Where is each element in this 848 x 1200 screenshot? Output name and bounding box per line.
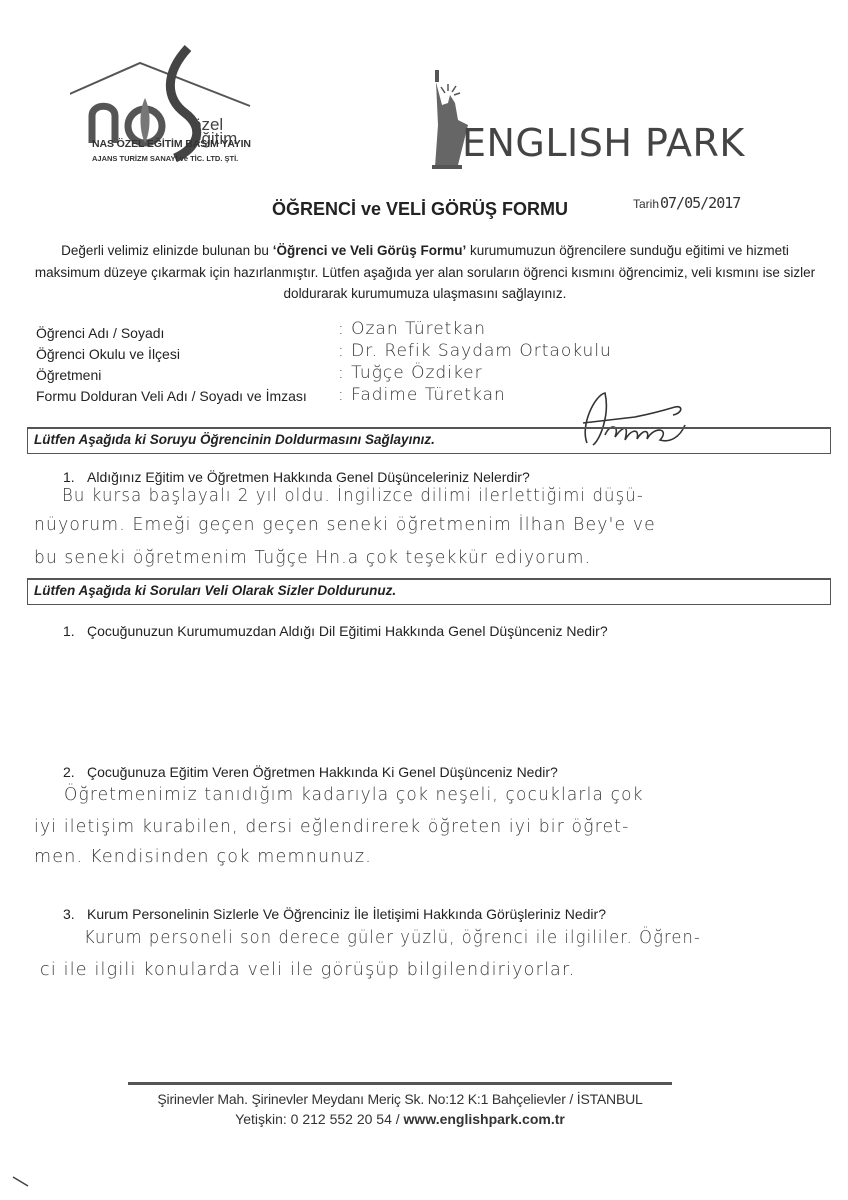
footer-address: Şirinevler Mah. Şirinevler Meydanı Meriç…: [128, 1091, 672, 1107]
footer-phone: Yetişkin: 0 212 552 20 54 /: [235, 1111, 403, 1127]
intro-text-1: Değerli velimiz elinizde bulunan bu: [61, 243, 273, 258]
student-section-heading: Lütfen Aşağıda ki Soruyu Öğrencinin Dold…: [27, 427, 831, 454]
brand-name: ENGLISH PARK: [462, 121, 745, 165]
footer-contact: Yetişkin: 0 212 552 20 54 / www.englishp…: [128, 1111, 672, 1127]
parent-section-heading: Lütfen Aşağıda ki Soruları Veli Olarak S…: [27, 578, 831, 605]
student-answer-line-1[interactable]: Bu kursa başlayalı 2 yıl oldu. İngilizce…: [62, 486, 644, 506]
parent-answer-2-line-3[interactable]: men. Kendisinden çok memnunuz.: [34, 847, 372, 867]
parent-answer-3-line-1[interactable]: Kurum personeli son derece güler yüzlü, …: [84, 928, 701, 948]
info-labels: Öğrenci Adı / Soyadı Öğrenci Okulu ve İl…: [36, 323, 307, 407]
student-section-heading-text: Lütfen Aşağıda ki Soruyu Öğrencinin Dold…: [34, 432, 435, 447]
page-title: ÖĞRENCİ ve VELİ GÖRÜŞ FORMU: [272, 199, 568, 220]
question-text: Kurum Personelinin Sizlerle Ve Öğrencini…: [87, 906, 606, 922]
parent-question-3: 3.Kurum Personelinin Sizlerle Ve Öğrenci…: [63, 906, 606, 922]
field-student-school[interactable]: : Dr. Refik Saydam Ortaokulu: [338, 340, 612, 362]
question-number: 1.: [63, 469, 87, 485]
parent-question-1: 1.Çocuğunuzun Kurumumuzdan Aldığı Dil Eğ…: [63, 623, 608, 639]
question-text: Çocuğunuza Eğitim Veren Öğretmen Hakkınd…: [87, 764, 558, 780]
label-student-school: Öğrenci Okulu ve İlçesi: [36, 344, 307, 365]
student-question-1: 1.Aldığınız Eğitim ve Öğretmen Hakkında …: [63, 469, 530, 485]
footer-divider: [128, 1082, 672, 1085]
intro-form-name: ‘Öğrenci ve Veli Görüş Formu’: [273, 243, 467, 258]
company-subtitle: AJANS TURİZM SANAYİ ve TİC. LTD. ŞTİ.: [92, 154, 238, 163]
field-teacher[interactable]: : Tuğçe Özdiker: [338, 362, 612, 384]
nas-logo: özel eğitim: [70, 38, 270, 188]
student-answer-line-3[interactable]: bu seneki öğretmenim Tuğçe Hn.a çok teşe…: [34, 548, 591, 568]
parent-answer-2-line-2[interactable]: iyi iletişim kurabilen, dersi eğlendirer…: [34, 817, 630, 837]
question-text: Çocuğunuzun Kurumumuzdan Aldığı Dil Eğit…: [87, 623, 608, 639]
parent-section-heading-text: Lütfen Aşağıda ki Soruları Veli Olarak S…: [34, 583, 396, 598]
footer-website-link[interactable]: www.englishpark.com.tr: [404, 1111, 565, 1127]
label-teacher: Öğretmeni: [36, 365, 307, 386]
question-text: Aldığınız Eğitim ve Öğretmen Hakkında Ge…: [87, 469, 530, 485]
field-parent[interactable]: : Fadime Türetkan: [338, 384, 612, 406]
parent-answer-1-blank[interactable]: [60, 645, 820, 755]
parent-answer-2-line-1[interactable]: Öğretmenimiz tanıdığım kadarıyla çok neş…: [64, 785, 644, 805]
question-number: 1.: [63, 623, 87, 639]
label-parent: Formu Dolduran Veli Adı / Soyadı ve İmza…: [36, 386, 307, 407]
intro-paragraph: Değerli velimiz elinizde bulunan bu ‘Öğr…: [30, 240, 820, 305]
field-student-name[interactable]: : Ozan Türetkan: [338, 318, 612, 340]
parent-answer-3-line-2[interactable]: ci ile ilgili konularda veli ile görüşüp…: [40, 960, 576, 980]
student-answer-line-2[interactable]: nüyorum. Emeği geçen geçen seneki öğretm…: [34, 515, 656, 535]
question-number: 3.: [63, 906, 87, 922]
date-field[interactable]: 07/05/2017: [660, 194, 740, 212]
scan-mark: [12, 1176, 30, 1188]
company-name: NAS ÖZEL EĞİTİM BASIM YAYIN: [92, 138, 251, 150]
label-student-name: Öğrenci Adı / Soyadı: [36, 323, 307, 344]
info-values: : Ozan Türetkan : Dr. Refik Saydam Ortao…: [338, 318, 612, 406]
date-label: Tarih: [633, 197, 659, 211]
parent-question-2: 2.Çocuğunuza Eğitim Veren Öğretmen Hakkı…: [63, 764, 558, 780]
question-number: 2.: [63, 764, 87, 780]
